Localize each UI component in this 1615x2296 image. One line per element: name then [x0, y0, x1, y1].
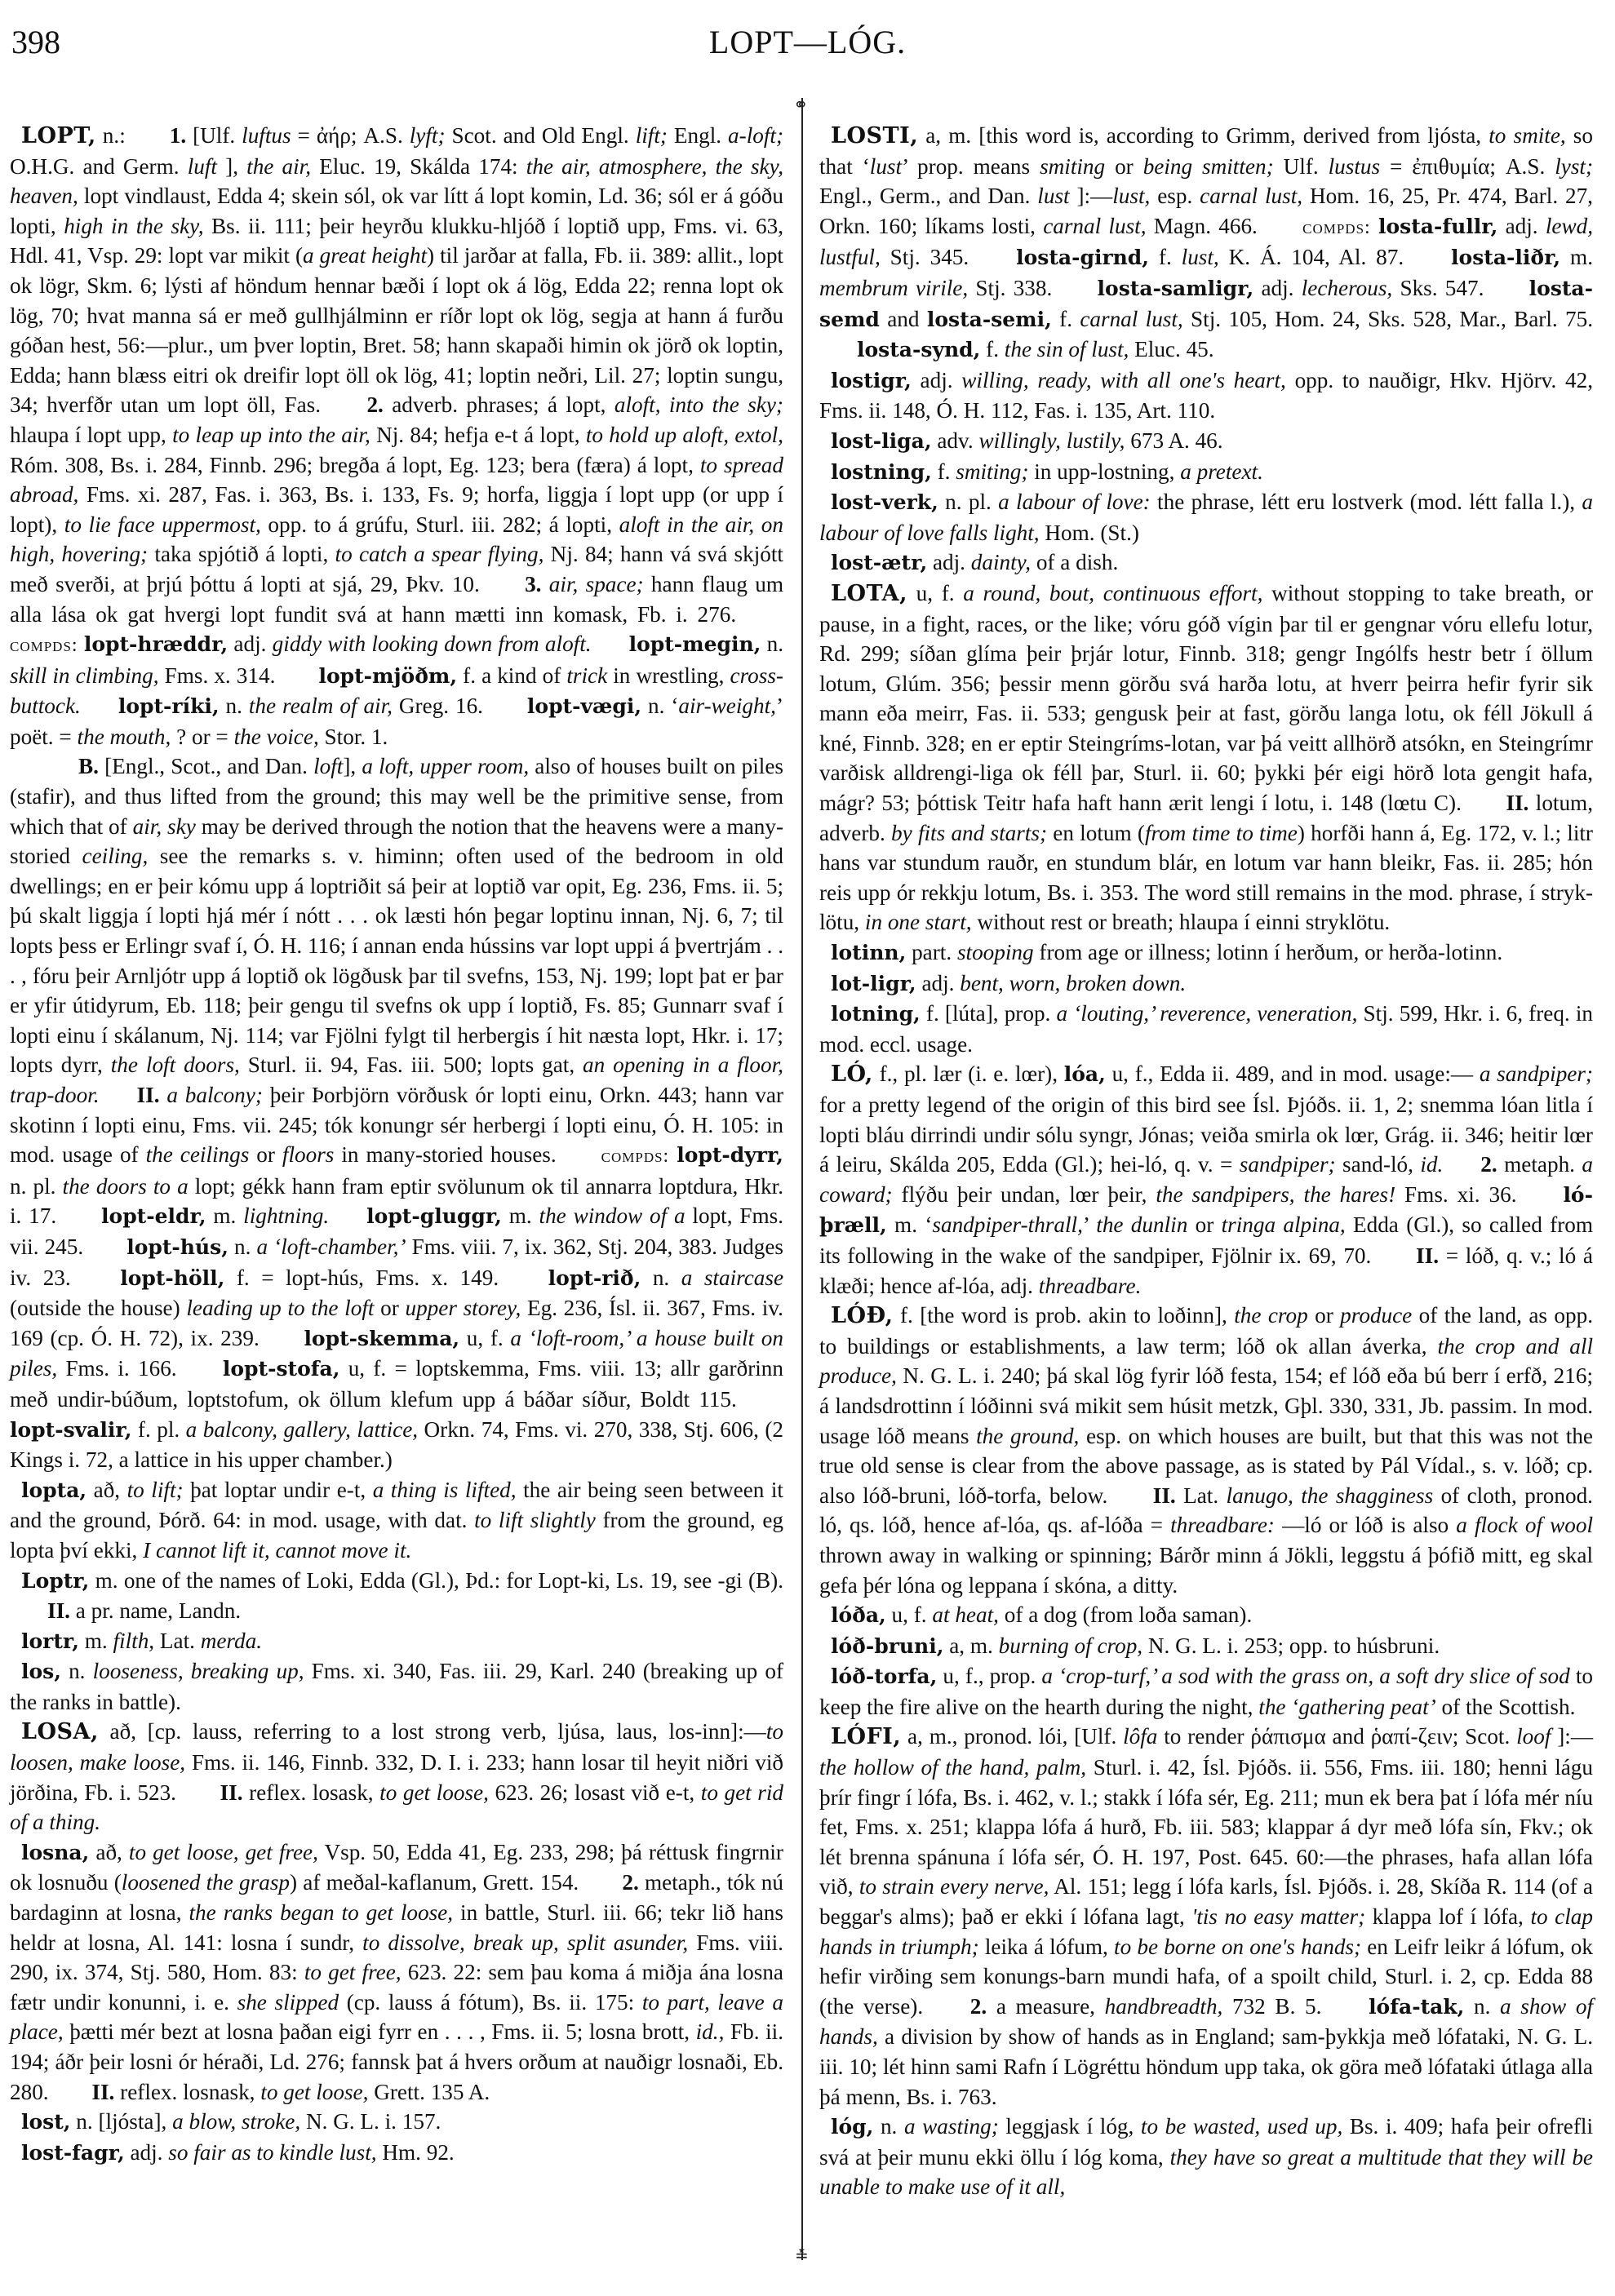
- entry-text: leading up to the loft: [186, 1296, 374, 1320]
- entry-text: II.: [1416, 1243, 1439, 1268]
- headword: lopt-dyrr,: [677, 1143, 783, 1167]
- entry-text: bent, worn, broken down.: [960, 971, 1186, 995]
- entry-text: carnal lust,: [1043, 214, 1146, 238]
- headword: lopt-hús,: [126, 1235, 228, 1259]
- entry-text: a division by show of hands as in Englan…: [819, 2024, 1593, 2108]
- entry-text: II.: [1506, 791, 1528, 815]
- entry-text: Eluc. 19, Skálda 174:: [311, 154, 526, 179]
- entry-text: K. Á. 104, Al. 87.: [1219, 245, 1413, 269]
- dictionary-entry: LOTA, u, f. a round, bout, continuous ef…: [819, 578, 1593, 937]
- entry-text: burning of crop,: [999, 1633, 1142, 1658]
- entry-text: Greg. 16.: [393, 694, 490, 718]
- entry-text: Grett. 135 A.: [368, 2080, 490, 2104]
- entry-text: lanugo, the shagginess: [1227, 1483, 1434, 1508]
- entry-text: from time to time: [1145, 821, 1298, 845]
- entry-text: m. ‘: [887, 1212, 933, 1237]
- entry-text: Fms. i. 166.: [57, 1356, 185, 1381]
- page-title: LOPT—LÓG.: [0, 23, 1615, 61]
- entry-text: 673 A. 46.: [1125, 428, 1222, 453]
- entry-text: Lat.: [1176, 1483, 1227, 1508]
- entry-text: threadbare.: [1039, 1274, 1142, 1298]
- entry-text: leika á lófum,: [979, 1935, 1114, 1959]
- dictionary-entry: B. [Engl., Scot., and Dan. loft], a loft…: [10, 751, 783, 1474]
- entry-text: a balcony, gallery, lattice,: [186, 1417, 418, 1442]
- entry-text: II.: [220, 1780, 243, 1805]
- entry-text: to get loose,: [260, 2080, 368, 2104]
- entry-text: f., pl. lær (i. e. lœr),: [873, 1062, 1064, 1086]
- headword: losta-liðr,: [1451, 246, 1560, 269]
- entry-text: 623. 26; losast við e-t,: [489, 1780, 701, 1805]
- entry-text: the sandpipers, the hares!: [1156, 1182, 1395, 1207]
- entry-text: the air,: [246, 154, 311, 179]
- entry-text: að, [cp. lauss, referring to a lost stro…: [99, 1719, 766, 1744]
- entry-text: the dunlin: [1096, 1212, 1187, 1237]
- entry-text: I cannot lift it, cannot move it.: [143, 1538, 411, 1562]
- entry-text: so fair as to kindle lust,: [168, 2140, 376, 2165]
- entry-text: f.: [1052, 307, 1080, 331]
- dictionary-entry: lotning, f. [lúta], prop. a ‘louting,’ r…: [819, 999, 1593, 1059]
- entry-text: loft: [313, 754, 343, 778]
- headword: LÓFI,: [831, 1724, 901, 1749]
- entry-text: lôfa: [1123, 1724, 1157, 1749]
- entry-text: the realm of air,: [249, 694, 393, 718]
- dictionary-entry: LOSTI, a, m. [this word is, according to…: [819, 121, 1593, 366]
- entry-text: adj.: [927, 550, 971, 574]
- entry-text: ) til jarðar at falla, Fb. ii. 389: alli…: [10, 243, 783, 417]
- entry-text: leggjask í lóg,: [999, 2114, 1141, 2139]
- headword: los,: [21, 1660, 61, 1683]
- entry-text: n. pl.: [938, 490, 998, 514]
- entry-text: II.: [137, 1083, 160, 1107]
- entry-text: ’ prop. means: [902, 154, 1040, 179]
- entry-text: a pretext.: [1180, 459, 1263, 484]
- entry-text: floors: [282, 1142, 334, 1167]
- entry-text: the ranks began to get loose,: [189, 1900, 453, 1925]
- headword: lostigr,: [831, 369, 912, 392]
- entry-text: = ἐπιθυμία; A.S.: [1380, 154, 1555, 179]
- entry-text: thrown away in walking or spinning; Bárð…: [819, 1543, 1593, 1598]
- entry-text: the doors to a: [63, 1174, 189, 1199]
- entry-text: m.: [502, 1203, 539, 1228]
- entry-text: f. [lúta], prop.: [921, 1001, 1057, 1026]
- dictionary-entry: lóg, n. a wasting; leggjask í lóg, to be…: [819, 2112, 1593, 2202]
- dictionary-entry: lostning, f. smiting; in upp-lostning, a…: [819, 457, 1593, 488]
- entry-text: a loft, upper room,: [362, 754, 529, 778]
- entry-text: 2.: [1480, 1152, 1497, 1177]
- headword: lóða,: [831, 1603, 886, 1627]
- entry-text: adverb. phrases; á lopt,: [384, 392, 614, 417]
- headword: lotning,: [831, 1002, 921, 1026]
- entry-text: 2.: [622, 1870, 638, 1895]
- headword: lóa,: [1064, 1062, 1106, 1086]
- entry-text: willing, ready, with all one's heart,: [961, 368, 1286, 392]
- entry-text: from age or illness; lotinn í herðum, or…: [1034, 940, 1503, 964]
- entry-text: II.: [47, 1598, 70, 1623]
- entry-text: m.: [1560, 245, 1593, 269]
- entry-text: smiting: [1040, 154, 1105, 179]
- entry-text: by fits and starts;: [891, 821, 1047, 845]
- headword: lopt-hræddr,: [84, 632, 228, 656]
- entry-text: the sin of lust,: [1005, 337, 1129, 361]
- entry-text: and: [880, 307, 927, 331]
- entry-text: a, m. [this word is, according to Grimm,…: [918, 123, 1489, 148]
- headword: lopta,: [21, 1478, 87, 1502]
- entry-text: n.:: [96, 123, 132, 148]
- entry-text: lift;: [636, 123, 668, 148]
- entry-text: compds:: [10, 635, 78, 656]
- headword: lostning,: [831, 460, 932, 484]
- entry-text: the ceilings: [146, 1142, 250, 1167]
- entry-text: lust: [870, 154, 902, 179]
- headword: LOTA,: [831, 581, 907, 606]
- entry-text: or: [1308, 1303, 1340, 1328]
- entry-text: [78, 632, 84, 656]
- entry-text: a-loft;: [728, 123, 783, 148]
- entry-text: loosened the grasp: [122, 1870, 290, 1895]
- headword: lopt-rið,: [548, 1266, 641, 1290]
- entry-text: Engl., Germ., and Dan.: [819, 184, 1037, 208]
- headword: Loptr,: [21, 1569, 89, 1593]
- headword: lopt-höll,: [120, 1266, 224, 1290]
- entry-text: 732 B. 5.: [1222, 1994, 1331, 2019]
- entry-text: giddy with looking down from aloft.: [273, 632, 592, 656]
- entry-text: [541, 572, 548, 596]
- entry-text: [1371, 214, 1378, 238]
- entry-text: a, m.: [943, 1633, 998, 1658]
- dictionary-entry: lost-ætr, adj. dainty, of a dish.: [819, 547, 1593, 578]
- entry-text: in upp-lostning,: [1028, 459, 1180, 484]
- entry-text: ],: [217, 154, 246, 179]
- entry-text: lecherous,: [1302, 276, 1392, 300]
- entry-text: of a dog (from loða saman).: [999, 1602, 1252, 1627]
- entry-text: n.: [220, 694, 249, 718]
- entry-text: she slipped: [237, 1990, 339, 2015]
- entry-text: að,: [89, 1840, 129, 1864]
- entry-text: ? or =: [171, 725, 233, 749]
- entry-text: high in the sky,: [64, 214, 203, 238]
- entry-text: id.,: [696, 2019, 725, 2044]
- entry-text: a flock of wool: [1456, 1513, 1593, 1537]
- divider-ornament-icon: ⚭: [793, 96, 808, 114]
- entry-text: to smite,: [1489, 123, 1565, 148]
- entry-text: Nj. 84; hefja e-t á lopt,: [370, 423, 586, 447]
- entry-text: threadbare:: [1170, 1513, 1275, 1537]
- dictionary-entry: LÓÐ, f. [the word is prob. akin to loðin…: [819, 1301, 1593, 1600]
- entry-text: flýðu þeir undan, lœr þeir,: [893, 1182, 1156, 1207]
- entry-text: u, f., Edda ii. 489, and in mod. usage:—: [1106, 1062, 1480, 1086]
- entry-text: II.: [91, 2080, 114, 2104]
- entry-text: u, f.: [886, 1602, 933, 1627]
- headword: lost,: [21, 2110, 71, 2134]
- entry-text: sandpiper;: [1240, 1152, 1336, 1177]
- entry-text: merda.: [201, 1629, 262, 1653]
- entry-text: the loft doors,: [111, 1053, 240, 1077]
- dictionary-entry: lóð-bruni, a, m. burning of crop, N. G. …: [819, 1631, 1593, 1662]
- entry-text: in one start,: [865, 910, 972, 934]
- entry-text: Fms. x. 314.: [159, 663, 282, 688]
- entry-text: a great height: [303, 243, 427, 268]
- entry-text: ceiling,: [82, 844, 149, 868]
- entry-text: upper storey,: [405, 1296, 521, 1320]
- entry-text: f. pl.: [131, 1417, 185, 1442]
- dictionary-entry: lot-ligr, adj. bent, worn, broken down.: [819, 968, 1593, 1000]
- entry-text: Lat.: [154, 1629, 201, 1653]
- entry-text: (outside the house): [10, 1296, 186, 1320]
- entry-text: to be wasted, used up,: [1141, 2114, 1342, 2139]
- entry-text: adj.: [1253, 276, 1302, 300]
- headword: LOSA,: [21, 1719, 99, 1744]
- entry-text: ],: [343, 754, 362, 778]
- headword: lost-fagr,: [21, 2141, 125, 2165]
- entry-text: lightning.: [243, 1203, 329, 1228]
- entry-text: ]:—: [1070, 184, 1113, 208]
- headword: lopt-gluggr,: [366, 1204, 502, 1228]
- entry-text: a labour of love:: [998, 490, 1151, 514]
- entry-text: hlaupa í lopt upp,: [10, 423, 172, 447]
- entry-text: lyft;: [410, 123, 446, 148]
- entry-text: a pr. name, Landn.: [70, 1598, 241, 1623]
- entry-text: ) af meðal-kaflanum, Grett. 154.: [290, 1870, 584, 1895]
- headword: lotinn,: [831, 941, 906, 964]
- entry-text: Stor. 1.: [319, 725, 388, 749]
- entry-text: [669, 1142, 677, 1167]
- entry-text: lustus: [1329, 154, 1380, 179]
- entry-text: Ulf.: [1274, 154, 1329, 179]
- entry-text: Stj. 345.: [881, 245, 978, 269]
- running-head: 398 LOPT—LÓG.: [0, 0, 1615, 90]
- entry-text: [Ulf.: [186, 123, 242, 148]
- entry-text: to get loose, get free,: [129, 1840, 318, 1864]
- entry-text: opp. to á grúfu, Sturl. iii. 282; á lopt…: [261, 512, 619, 537]
- entry-text: see the remarks s. v. himinn; often used…: [10, 844, 783, 1077]
- entry-text: Róm. 308, Bs. i. 284, Finnb. 296; bregða…: [10, 453, 700, 477]
- headword: lóg,: [831, 2115, 873, 2139]
- entry-text: u, f.: [907, 581, 963, 605]
- entry-text: the window of a: [539, 1203, 685, 1228]
- entry-text: carnal lust,: [1080, 307, 1182, 331]
- entry-text: Stj. 338.: [968, 276, 1059, 300]
- entry-text: = ἀήρ; A.S.: [291, 123, 410, 148]
- entry-text: the ground,: [976, 1424, 1079, 1448]
- entry-text: Sks. 547.: [1392, 276, 1491, 300]
- dictionary-entry: LOPT, n.: 1. [Ulf. luftus = ἀήρ; A.S. ly…: [10, 121, 783, 751]
- entry-text: of a dish.: [1031, 550, 1118, 574]
- entry-text: a staircase: [681, 1265, 783, 1290]
- dictionary-entry: lostigr, adj. willing, ready, with all o…: [819, 366, 1593, 426]
- entry-text: 3.: [525, 572, 541, 596]
- entry-text: to leap up into the air,: [172, 423, 370, 447]
- entry-text: metaph.: [1497, 1152, 1582, 1177]
- entry-text: carnal lust,: [1200, 184, 1302, 208]
- entry-text: to lift;: [127, 1478, 184, 1502]
- entry-text: n.: [61, 1659, 93, 1683]
- entry-text: compds:: [601, 1146, 670, 1167]
- entry-text: n.: [873, 2114, 904, 2139]
- headword: lost-ætr,: [831, 551, 927, 574]
- entry-text: or: [1105, 154, 1143, 179]
- entry-text: 1.: [170, 123, 186, 148]
- headword: LOSTI,: [831, 123, 918, 148]
- entry-text: to be borne on one's hands;: [1114, 1935, 1361, 1959]
- entry-text: Stj. 105, Hom. 24, Sks. 528, Mar., Barl.…: [1183, 307, 1593, 331]
- entry-text: part.: [906, 940, 957, 964]
- entry-text: to lift slightly: [474, 1508, 596, 1532]
- entry-text: þætti mér bezt at losna þaðan eigi fyrr …: [64, 2019, 696, 2044]
- entry-text: without stopping to take breath, or paus…: [819, 581, 1593, 815]
- entry-text: air-weight,: [678, 694, 776, 718]
- entry-text: Eluc. 45.: [1129, 337, 1213, 361]
- entry-text: a wasting;: [904, 2114, 999, 2139]
- entry-text: n.: [1464, 1994, 1500, 2019]
- entry-text: dainty,: [971, 550, 1031, 574]
- headword: lopt-eldr,: [101, 1204, 206, 1228]
- entry-text: the mouth,: [78, 725, 171, 749]
- entry-text: esp.: [1150, 184, 1200, 208]
- entry-text: to get loose,: [379, 1780, 489, 1805]
- entry-text: a round, bout, continuous effort,: [963, 581, 1262, 605]
- entry-text: f. = lopt-hús, Fms. x. 149.: [224, 1265, 510, 1290]
- entry-text: adj.: [912, 368, 961, 392]
- entry-text: in wrestling,: [607, 663, 730, 688]
- entry-text: f.: [980, 337, 1004, 361]
- entry-text: air, sky: [133, 814, 196, 839]
- entry-text: II.: [1153, 1483, 1176, 1508]
- entry-text: to strain every nerve,: [859, 1874, 1049, 1899]
- entry-text: adj.: [228, 632, 273, 656]
- entry-text: sandpiper-thrall,: [932, 1212, 1083, 1237]
- entry-text: smiting;: [956, 459, 1028, 484]
- entry-text: adj.: [916, 971, 961, 995]
- entry-text: N. G. L. i. 157.: [300, 2109, 441, 2134]
- entry-text: the ‘gathering peat’: [1258, 1695, 1435, 1719]
- entry-text: a sandpiper;: [1480, 1062, 1593, 1086]
- entry-text: filth,: [113, 1629, 155, 1653]
- left-column: LOPT, n.: 1. [Ulf. luftus = ἀήρ; A.S. ly…: [10, 121, 783, 2258]
- entry-text: ]:—: [1551, 1724, 1593, 1749]
- headword: LÓÐ,: [831, 1303, 894, 1328]
- entry-text: u, f., prop.: [937, 1664, 1041, 1688]
- headword: lóð-bruni,: [831, 1634, 943, 1658]
- entry-text: or: [249, 1142, 282, 1167]
- entry-text: n.: [641, 1265, 681, 1290]
- entry-text: a thing is lifted,: [373, 1478, 517, 1502]
- entry-text: luftus: [242, 123, 291, 148]
- entry-text: to catch a spear flying,: [335, 542, 544, 566]
- entry-text: u, f.: [459, 1326, 510, 1350]
- entry-text: f. [the word is prob. akin to loðinn],: [894, 1303, 1235, 1328]
- entry-text: aloft, into the sky;: [614, 392, 783, 417]
- entry-text: að,: [87, 1478, 127, 1502]
- dictionary-entry: losna, að, to get loose, get free, Vsp. …: [10, 1837, 783, 2107]
- entry-text: tringa alpina,: [1222, 1212, 1346, 1237]
- entry-text: or: [1187, 1212, 1221, 1237]
- entry-text: m.: [79, 1629, 113, 1653]
- entry-text: a, m., pronod. lói, [Ulf.: [901, 1724, 1123, 1749]
- headword: lopt-skemma,: [304, 1327, 459, 1350]
- dictionary-entry: LOSA, að, [cp. lauss, referring to a los…: [10, 1717, 783, 1837]
- entry-text: Hm. 92.: [377, 2140, 455, 2165]
- dictionary-entry: LÓ, f., pl. lær (i. e. lœr), lóa, u, f.,…: [819, 1059, 1593, 1301]
- headword: LOPT,: [21, 123, 96, 148]
- entry-text: to dissolve, break up, split asunder,: [362, 1930, 688, 1955]
- headword: losta-samligr,: [1098, 277, 1254, 300]
- entry-text: B.: [78, 754, 99, 778]
- entry-text: n.: [761, 632, 783, 656]
- entry-text: the voice,: [234, 725, 319, 749]
- dictionary-entry: lopta, að, to lift; þat loptar undir e-t…: [10, 1475, 783, 1566]
- entry-text: n. [ljósta],: [71, 2109, 173, 2134]
- dictionary-entry: los, n. looseness, breaking up, Fms. xi.…: [10, 1656, 783, 1717]
- entry-text: for a pretty legend of the origin of thi…: [819, 1093, 1593, 1177]
- entry-text: being smitten;: [1143, 154, 1274, 179]
- entry-text: without rest or breath; hlaupa í einni s…: [972, 910, 1391, 934]
- entry-text: f. a kind of: [457, 663, 566, 688]
- headword: lófa-tak,: [1369, 1995, 1464, 2019]
- entry-text: handbreadth,: [1105, 1994, 1223, 2019]
- entry-text: luft: [188, 154, 217, 179]
- headword: lortr,: [21, 1629, 79, 1653]
- entry-text: the hollow of the hand, palm,: [819, 1755, 1086, 1780]
- entry-text: reflex. losask,: [243, 1780, 380, 1805]
- headword: lóð-torfa,: [831, 1664, 937, 1688]
- entry-text: n.: [228, 1234, 257, 1259]
- entry-text: the crop: [1234, 1303, 1307, 1328]
- entry-text: a ‘crop-turf,’ a sod with the grass on, …: [1041, 1664, 1569, 1688]
- entry-text: to hold up aloft, extol,: [586, 423, 783, 447]
- entry-text: stooping: [957, 940, 1034, 964]
- entry-text: Magn. 466.: [1147, 214, 1266, 238]
- entry-text: Hom. (St.): [1040, 521, 1139, 545]
- entry-text: Scot. and Old Engl.: [446, 123, 636, 148]
- headword: lost-liga,: [831, 429, 932, 453]
- entry-text: compds:: [1302, 217, 1371, 238]
- entry-text: a balcony;: [166, 1083, 263, 1107]
- headword: lopt-mjöðm,: [318, 664, 457, 688]
- headword: losta-fullr,: [1378, 215, 1497, 238]
- entry-text: trick: [566, 663, 607, 688]
- entry-text: id.: [1420, 1152, 1443, 1177]
- entry-text: Engl.: [668, 123, 728, 148]
- entry-text: adv.: [932, 428, 979, 453]
- dictionary-page: 398 LOPT—LÓG. LOPT, n.: 1. [Ulf. luftus …: [0, 0, 1615, 2296]
- entry-text: m.: [206, 1203, 244, 1228]
- headword: losta-semi,: [927, 308, 1052, 331]
- entry-text: m. one of the names of Loki, Edda (Gl.),…: [89, 1568, 783, 1593]
- entry-text: N. G. L. i. 253; opp. to húsbruni.: [1142, 1633, 1440, 1658]
- entry-text: to get free,: [304, 1960, 402, 1984]
- dictionary-entry: lost, n. [ljósta], a blow, stroke, N. G.…: [10, 2107, 783, 2138]
- entry-text: skill in climbing,: [10, 663, 159, 688]
- entry-text: þat loptar undir e-t,: [184, 1478, 373, 1502]
- entry-text: (cp. lauss á fótum), Bs. ii. 175:: [339, 1990, 642, 2015]
- entry-text: to render ῥάπισμα and ῥαπί-ζειν; Scot.: [1157, 1724, 1516, 1749]
- entry-text: adj.: [125, 2140, 169, 2165]
- headword: losna,: [21, 1841, 89, 1864]
- entry-text: lyst;: [1555, 154, 1593, 179]
- dictionary-entry: lortr, m. filth, Lat. merda.: [10, 1626, 783, 1657]
- entry-text: n. ‘: [641, 694, 678, 718]
- headword: lot-ligr,: [831, 972, 916, 995]
- entry-text: O.H.G. and Germ.: [10, 154, 188, 179]
- entry-text: [Engl., Scot., and Dan.: [99, 754, 313, 778]
- entry-text: membrum virile,: [819, 276, 968, 300]
- entry-text: Sturl. ii. 94, Fas. iii. 500; lopts gat,: [240, 1053, 583, 1077]
- entry-text: ’: [1083, 1212, 1096, 1237]
- entry-text: to lie face uppermost,: [64, 512, 261, 537]
- entry-text: at heat,: [932, 1602, 999, 1627]
- entry-text: f.: [932, 459, 956, 484]
- dictionary-entry: lóð-torfa, u, f., prop. a ‘crop-turf,’ a…: [819, 1661, 1593, 1722]
